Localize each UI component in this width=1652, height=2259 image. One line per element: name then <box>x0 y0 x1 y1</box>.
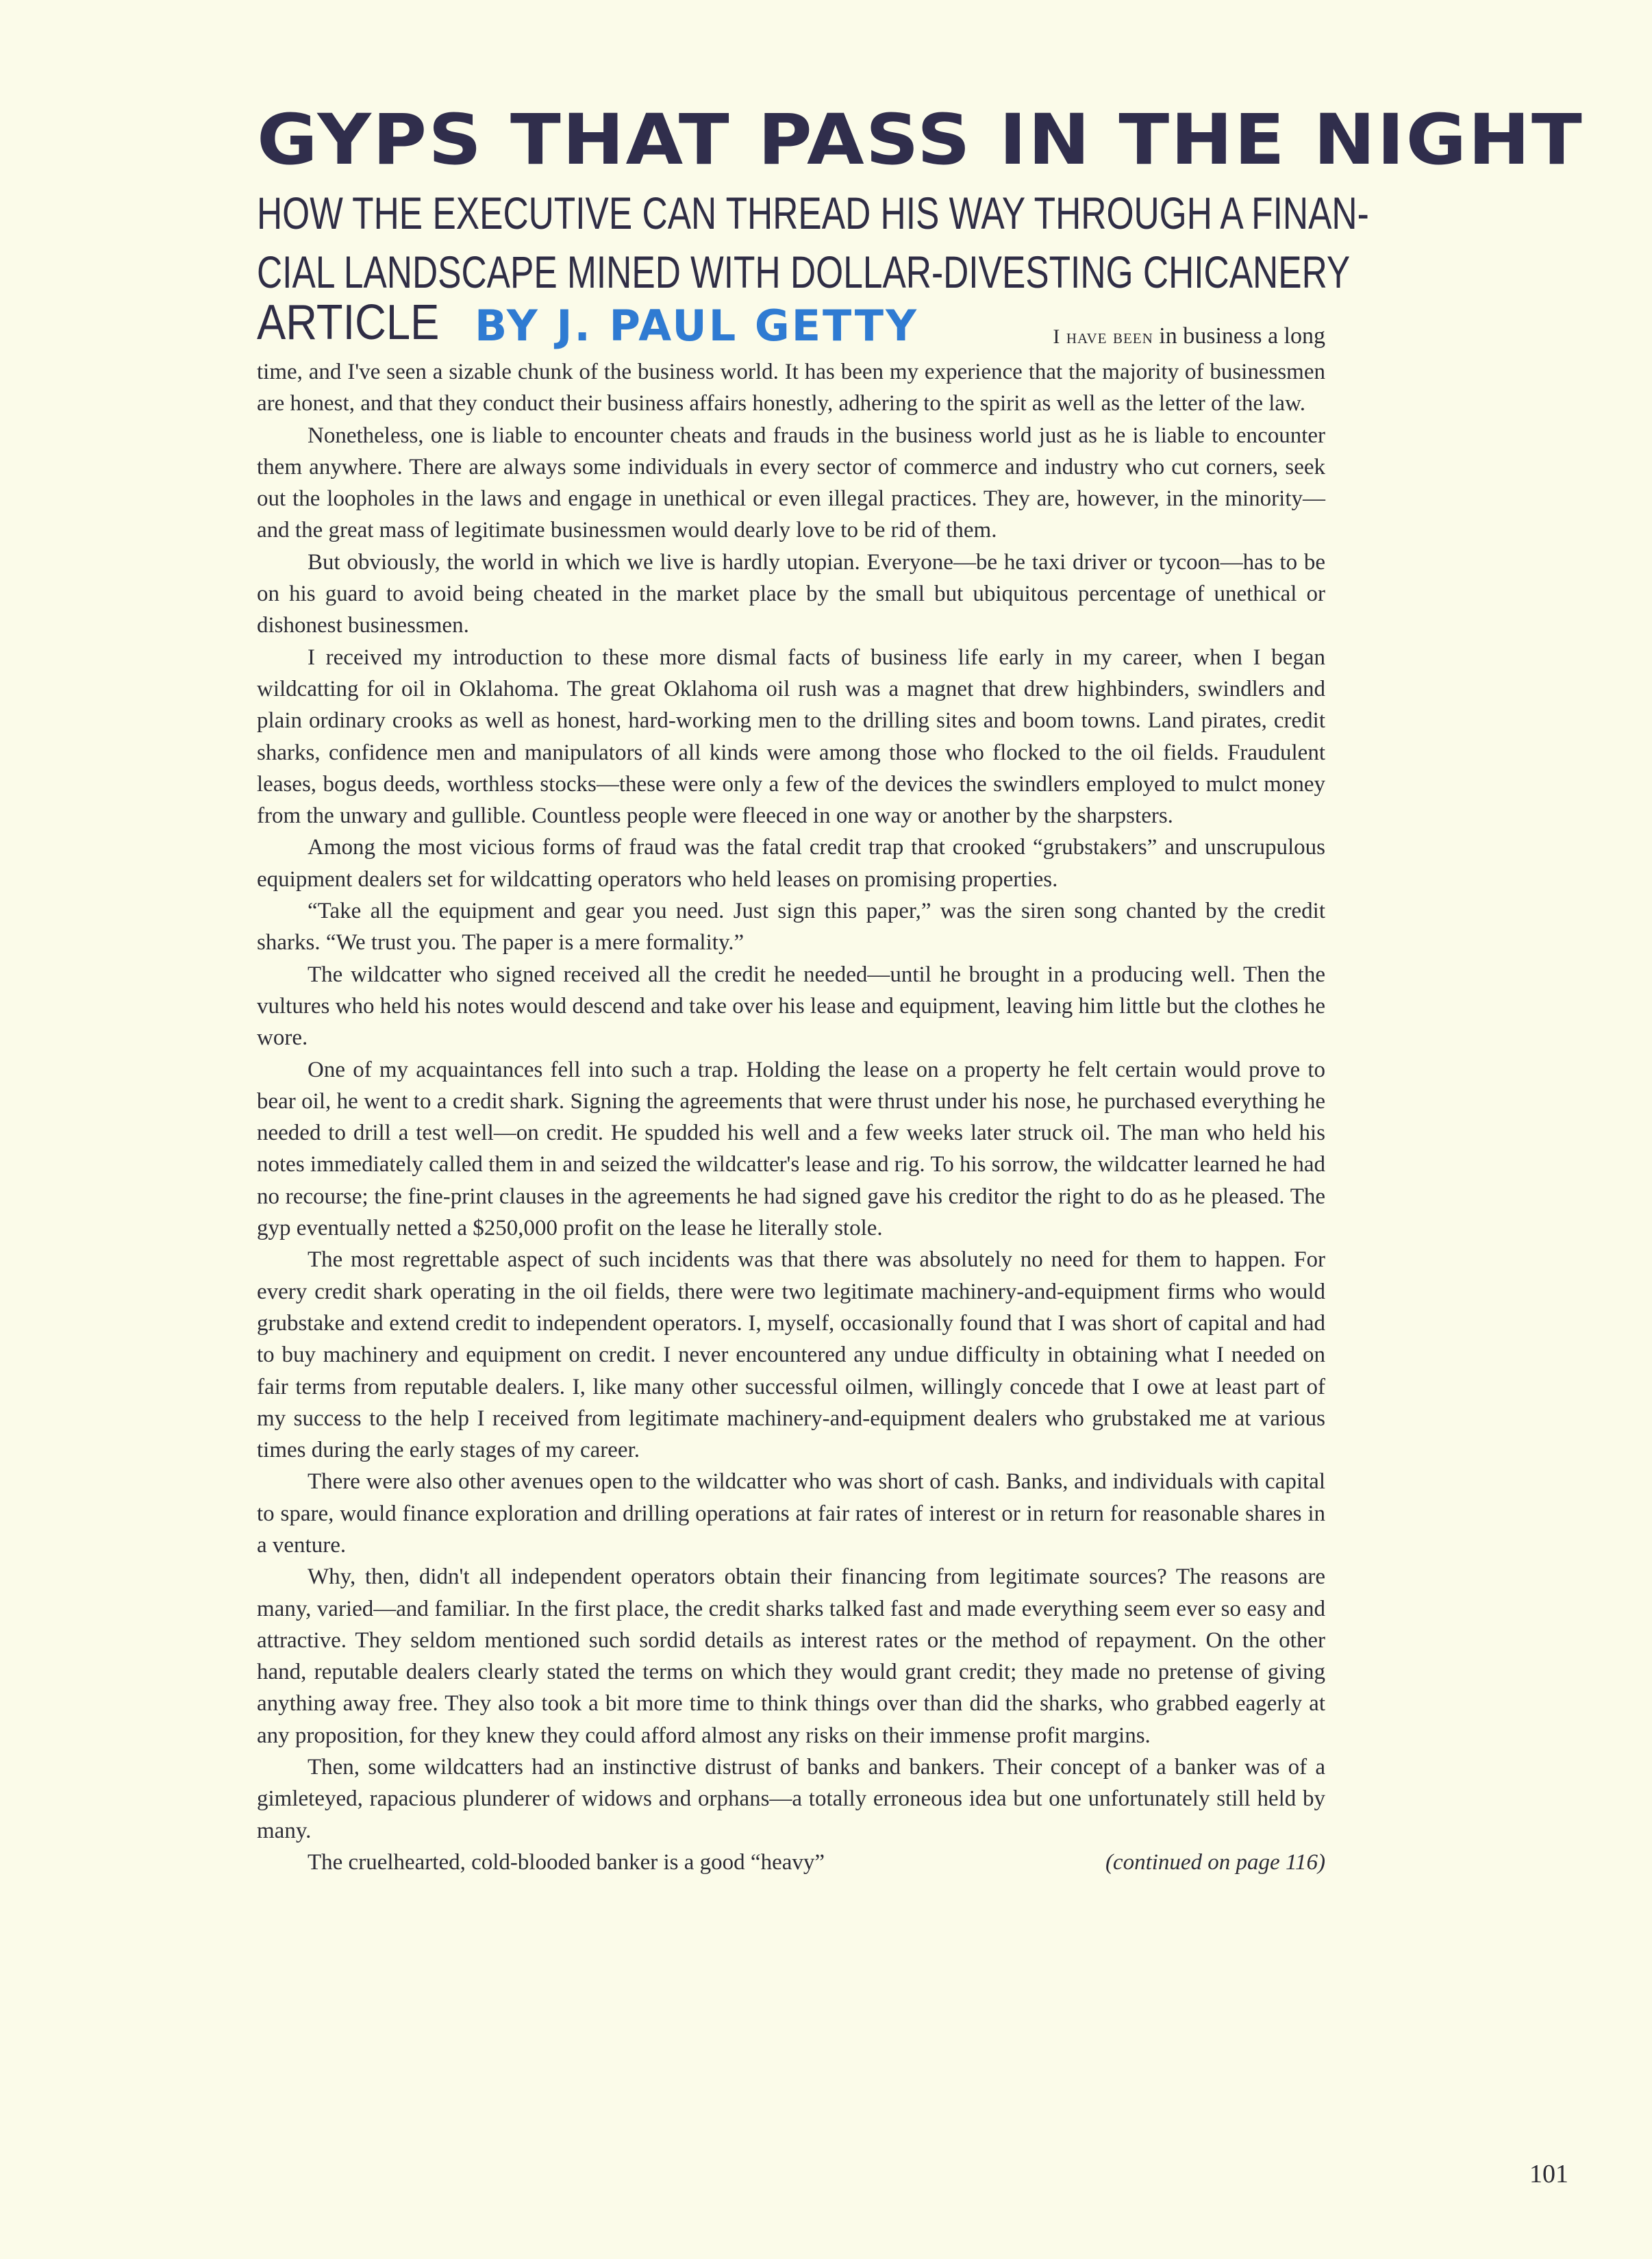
paragraph: I received my introduction to these more… <box>257 642 1325 832</box>
byline-row: ARTICLE BY J. PAUL GETTY I have been in … <box>257 295 1325 356</box>
article-body: time, and I've seen a sizable chunk of t… <box>257 356 1325 1878</box>
article-headline: GYPS THAT PASS IN THE NIGHT <box>257 103 1390 178</box>
lead-in-rest: in business a long <box>1153 323 1325 349</box>
paragraph: One of my acquaintances fell into such a… <box>257 1054 1325 1245</box>
section-label: ARTICLE <box>257 295 439 351</box>
paragraph: Nonetheless, one is liable to encounter … <box>257 420 1325 547</box>
lead-in: I have been in business a long <box>1053 323 1325 349</box>
lead-in-smallcaps: I have been <box>1053 325 1153 348</box>
paragraph: The wildcatter who signed received all t… <box>257 959 1325 1054</box>
paragraph: But obviously, the world in which we liv… <box>257 547 1325 642</box>
last-paragraph: The cruelhearted, cold-blooded banker is… <box>257 1847 1325 1878</box>
page-number: 101 <box>1529 2159 1568 2189</box>
article-deck: HOW THE EXECUTIVE CAN THREAD HIS WAY THR… <box>257 184 1325 301</box>
paragraph: The most regrettable aspect of such inci… <box>257 1244 1325 1466</box>
deck-line: HOW THE EXECUTIVE CAN THREAD HIS WAY THR… <box>257 184 1325 242</box>
last-paragraph-text: The cruelhearted, cold-blooded banker is… <box>308 1850 825 1875</box>
paragraph: “Take all the equipment and gear you nee… <box>257 895 1325 959</box>
paragraph: time, and I've seen a sizable chunk of t… <box>257 356 1325 420</box>
paragraph: Why, then, didn't all independent operat… <box>257 1561 1325 1751</box>
continued-link[interactable]: (continued on page 116) <box>1055 1847 1325 1878</box>
article-page: GYPS THAT PASS IN THE NIGHT HOW THE EXEC… <box>257 103 1325 1878</box>
paragraph: There were also other avenues open to th… <box>257 1466 1325 1561</box>
paragraph: Among the most vicious forms of fraud wa… <box>257 832 1325 895</box>
paragraph: Then, some wildcatters had an instinctiv… <box>257 1751 1325 1847</box>
author-byline: BY J. PAUL GETTY <box>475 301 918 351</box>
deck-line: CIAL LANDSCAPE MINED WITH DOLLAR-DIVESTI… <box>257 242 1325 301</box>
